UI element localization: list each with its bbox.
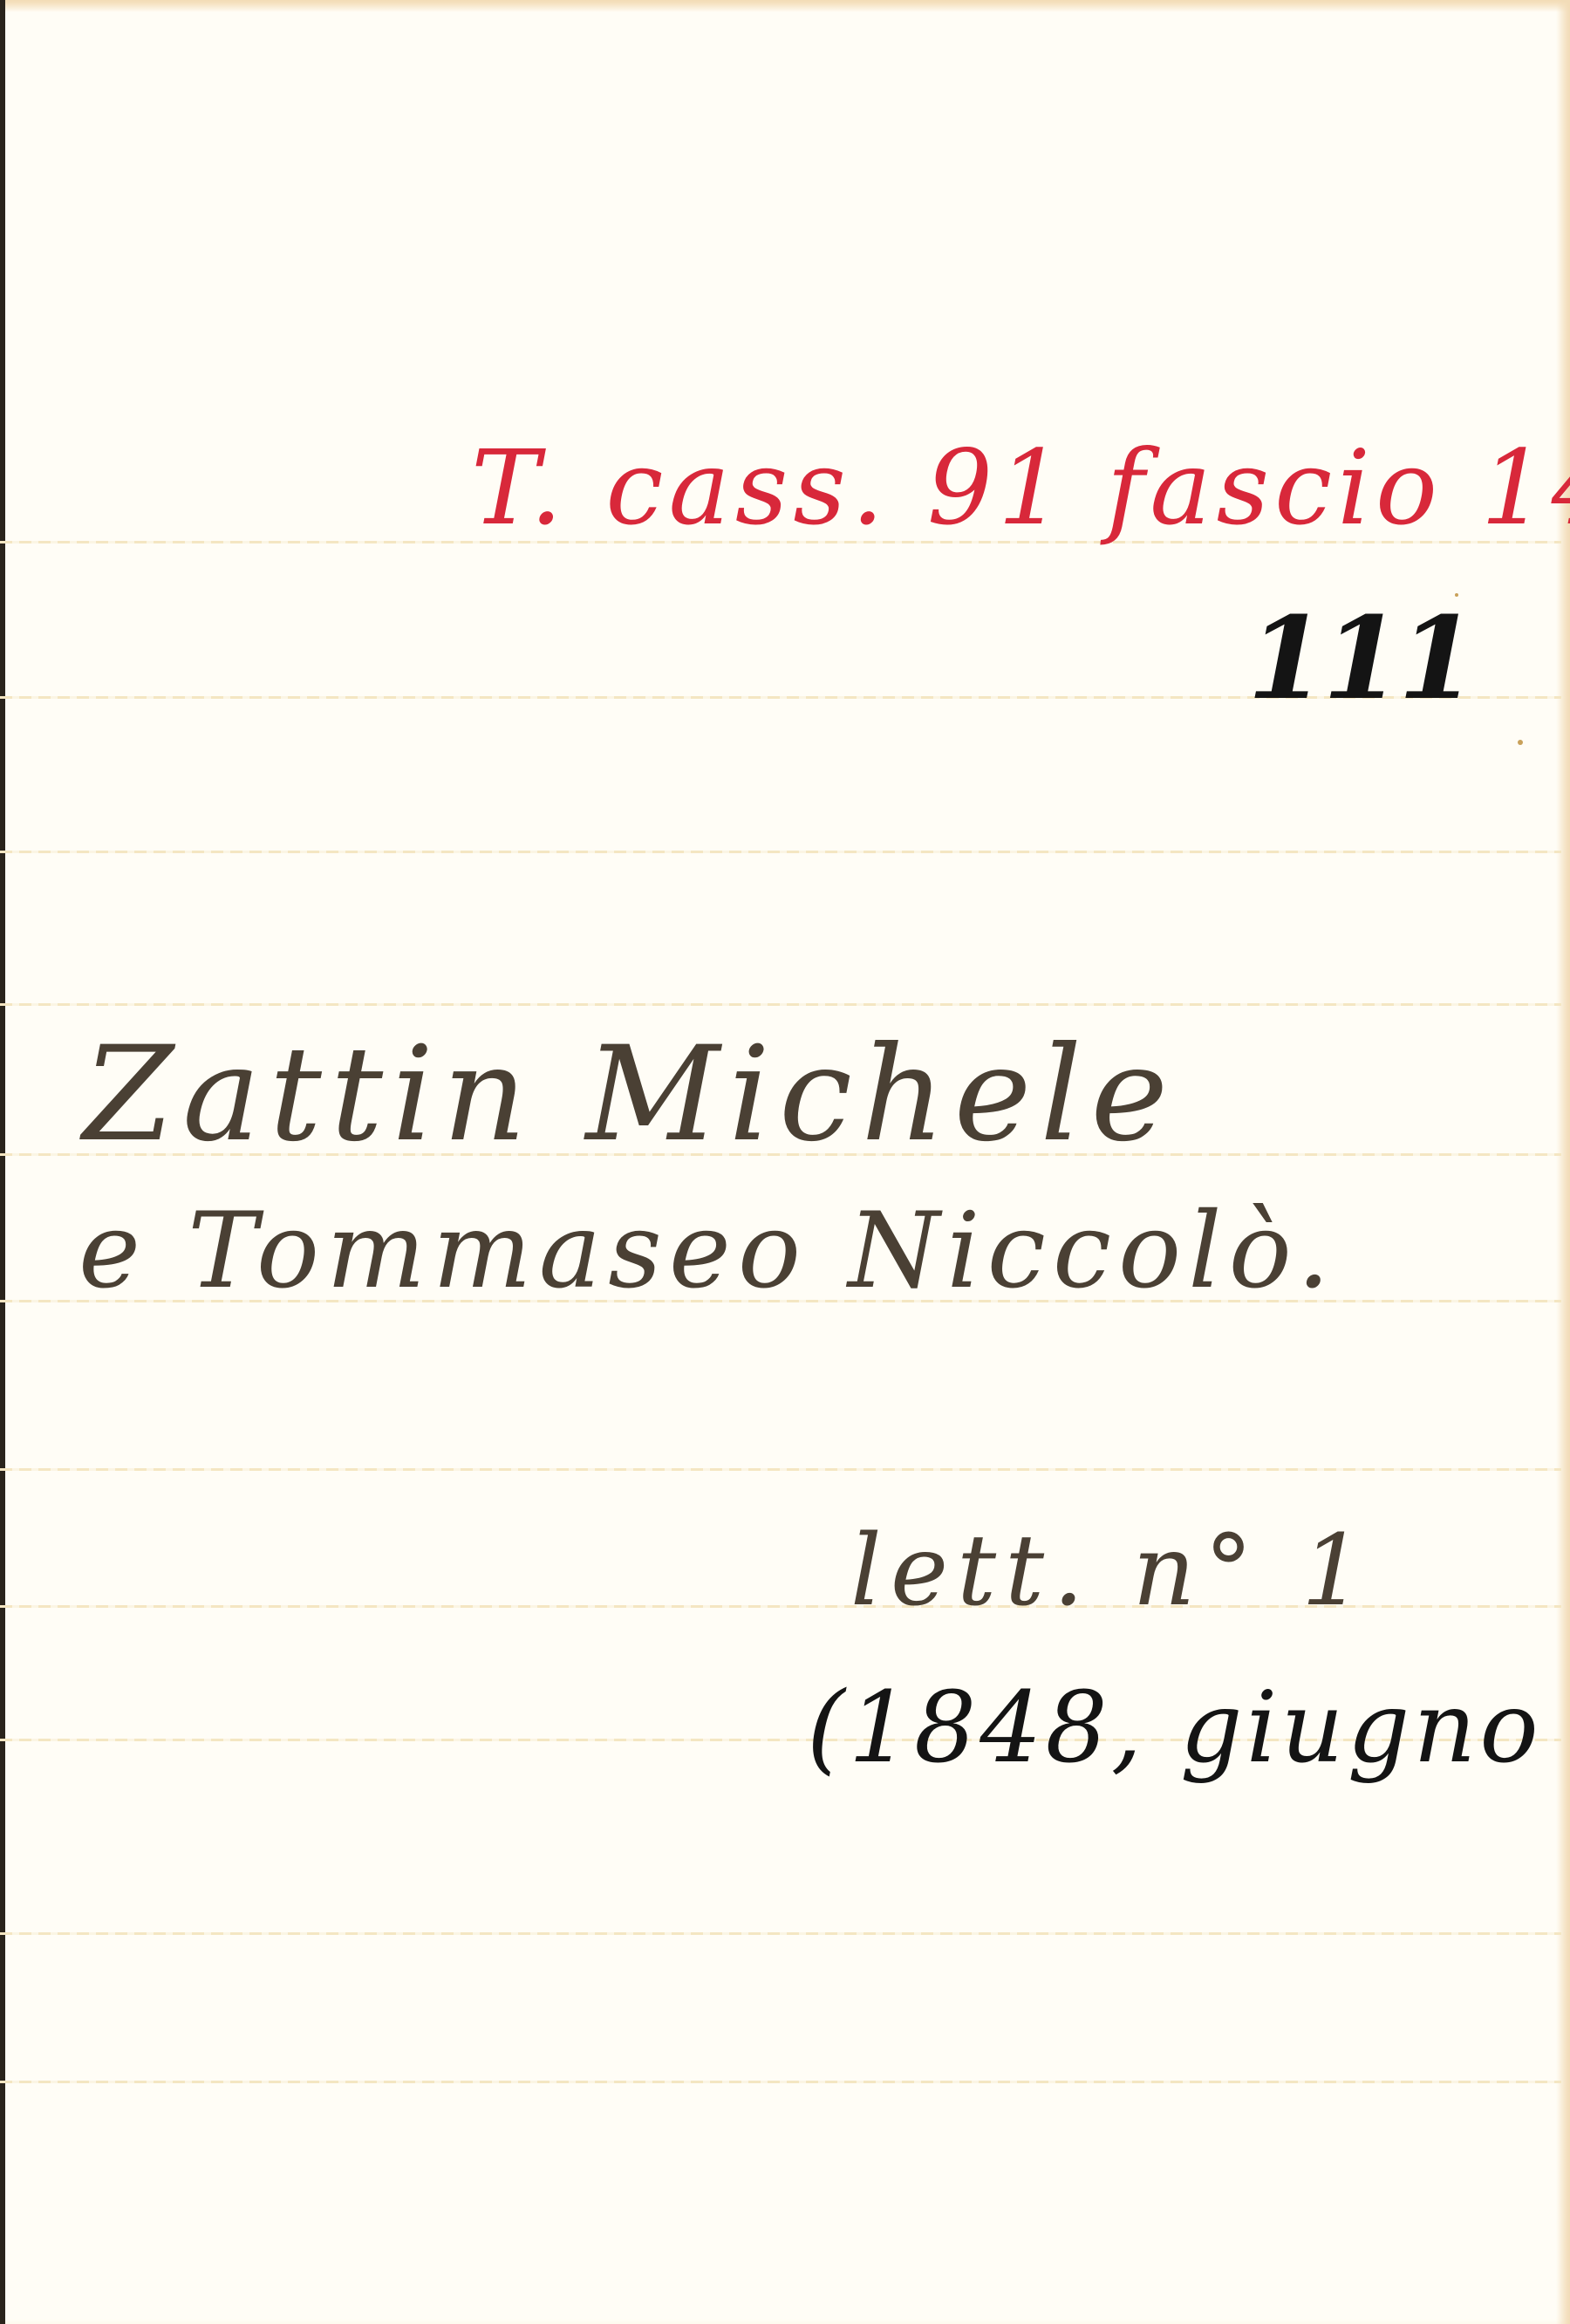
letter-date: (1848, giugno 16) [807,1679,1570,1777]
card-right-edge [1556,0,1570,2324]
paper-speck [1518,740,1523,745]
item-number: 111 [1247,602,1473,715]
ruled-line [0,1932,1561,1935]
card-top-edge [0,0,1570,12]
correspondent-line-2: e Tommaseo Niccolò. [78,1200,1337,1304]
correspondent-line-1: Zattin Michele [83,1029,1177,1160]
ruled-line [0,1468,1561,1471]
ruled-line [0,851,1561,853]
letter-count: lett. n° 1 [850,1522,1372,1620]
index-card: T. cass. 91 fascio 145. 111 Zattin Miche… [0,0,1570,2324]
archive-reference: T. cass. 91 fascio 145. [471,436,1570,539]
ruled-line [0,2081,1561,2083]
ruled-line [0,1003,1561,1006]
card-left-edge [0,0,5,227]
